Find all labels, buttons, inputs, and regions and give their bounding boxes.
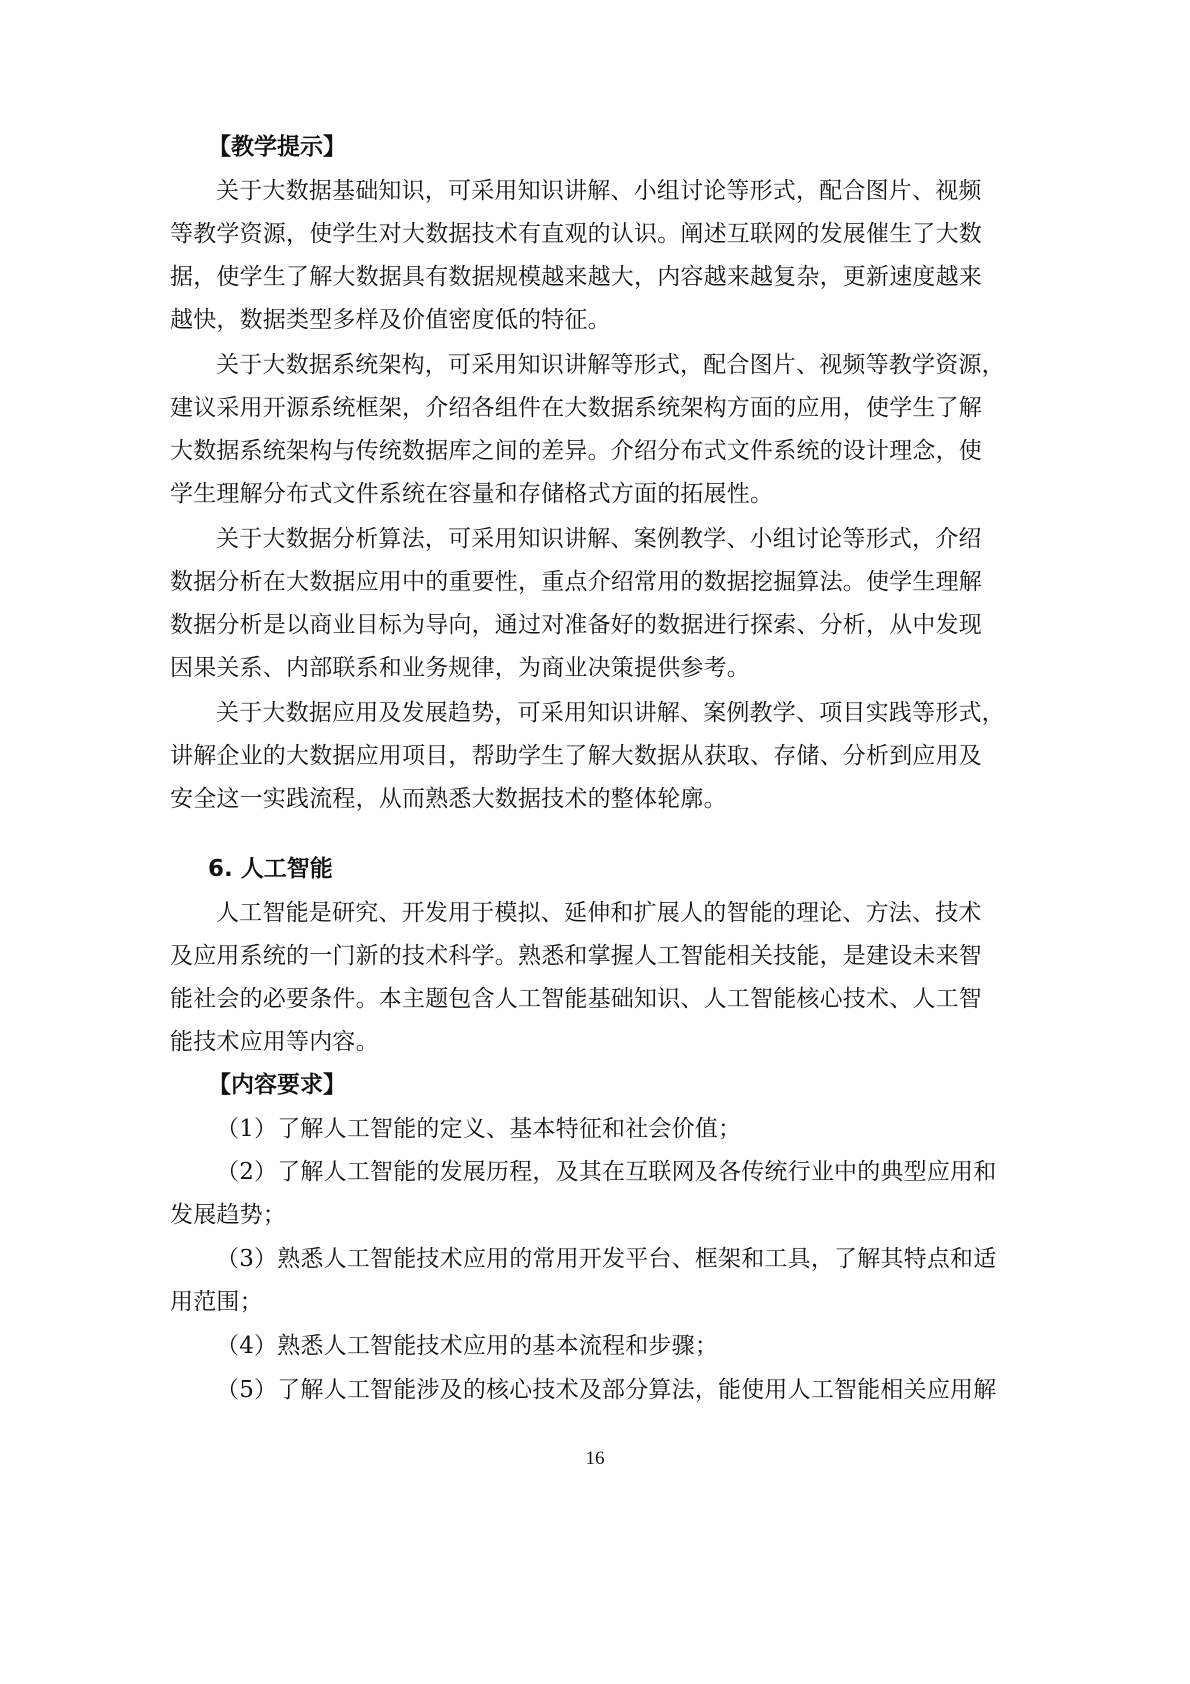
requirement-2-line-1: （2）了解人工智能的发展历程，及其在互联网及各传统行业中的典型应用和 xyxy=(216,1157,942,1187)
paragraph-3-line-3: 数据分析是以商业目标为导向，通过对准备好的数据进行探索、分析，从中发现 xyxy=(170,610,942,640)
requirement-1: （1）了解人工智能的定义、基本特征和社会价值； xyxy=(216,1114,942,1144)
paragraph-3-line-4: 因果关系、内部联系和业务规律，为商业决策提供参考。 xyxy=(170,653,942,683)
paragraph-2-line-1: 关于大数据系统架构，可采用知识讲解等形式，配合图片、视频等教学资源， xyxy=(216,350,942,380)
requirement-2-line-2: 发展趋势； xyxy=(170,1200,942,1230)
ai-intro-line-1: 人工智能是研究、开发用于模拟、延伸和扩展人的智能的理论、方法、技术 xyxy=(216,898,942,928)
content-requirements-heading: 【内容要求】 xyxy=(208,1070,346,1100)
requirement-3-line-1: （3）熟悉人工智能技术应用的常用开发平台、框架和工具，了解其特点和适 xyxy=(216,1244,942,1274)
paragraph-1-line-2: 等教学资源，使学生对大数据技术有直观的认识。阐述互联网的发展催生了大数 xyxy=(170,219,942,249)
paragraph-3-line-1: 关于大数据分析算法，可采用知识讲解、案例教学、小组讨论等形式，介绍 xyxy=(216,524,942,554)
paragraph-3-line-2: 数据分析在大数据应用中的重要性，重点介绍常用的数据挖掘算法。使学生理解 xyxy=(170,567,942,597)
ai-intro-line-4: 能技术应用等内容。 xyxy=(170,1027,942,1057)
requirement-3-line-2: 用范围； xyxy=(170,1287,942,1317)
paragraph-4-line-2: 讲解企业的大数据应用项目，帮助学生了解大数据从获取、存储、分析到应用及 xyxy=(170,741,942,771)
document-page: 【教学提示】 关于大数据基础知识，可采用知识讲解、小组讨论等形式，配合图片、视频… xyxy=(0,0,1190,1684)
paragraph-2-line-3: 大数据系统架构与传统数据库之间的差异。介绍分布式文件系统的设计理念，使 xyxy=(170,436,942,466)
page-number: 16 xyxy=(0,1448,1190,1470)
paragraph-2-line-4: 学生理解分布式文件系统在容量和存储格式方面的拓展性。 xyxy=(170,479,942,509)
paragraph-2-line-2: 建议采用开源系统框架，介绍各组件在大数据系统架构方面的应用，使学生了解 xyxy=(170,393,942,423)
ai-intro-line-2: 及应用系统的一门新的技术科学。熟悉和掌握人工智能相关技能，是建设未来智 xyxy=(170,941,942,971)
ai-intro-line-3: 能社会的必要条件。本主题包含人工智能基础知识、人工智能核心技术、人工智 xyxy=(170,984,942,1014)
paragraph-4-line-3: 安全这一实践流程，从而熟悉大数据技术的整体轮廓。 xyxy=(170,784,942,814)
paragraph-1-line-3: 据，使学生了解大数据具有数据规模越来越大，内容越来越复杂，更新速度越来 xyxy=(170,262,942,292)
requirement-4: （4）熟悉人工智能技术应用的基本流程和步骤； xyxy=(216,1331,942,1361)
ai-section-heading: 6. 人工智能 xyxy=(208,854,333,884)
paragraph-1-line-1: 关于大数据基础知识，可采用知识讲解、小组讨论等形式，配合图片、视频 xyxy=(216,176,942,206)
teaching-tips-heading: 【教学提示】 xyxy=(208,132,346,162)
requirement-5-line-1: （5）了解人工智能涉及的核心技术及部分算法，能使用人工智能相关应用解 xyxy=(216,1375,942,1405)
paragraph-1-line-4: 越快，数据类型多样及价值密度低的特征。 xyxy=(170,305,942,335)
paragraph-4-line-1: 关于大数据应用及发展趋势，可采用知识讲解、案例教学、项目实践等形式， xyxy=(216,698,942,728)
